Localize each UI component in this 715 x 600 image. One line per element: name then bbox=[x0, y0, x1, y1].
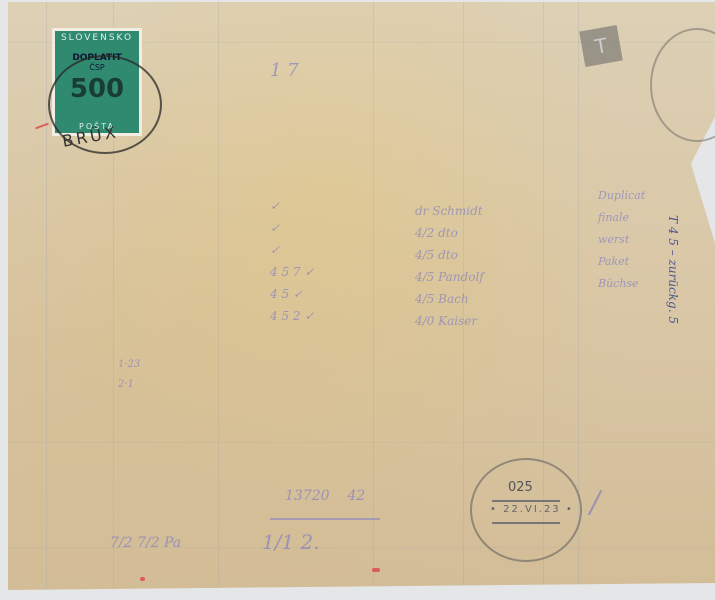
red-pencil-mark bbox=[140, 577, 145, 581]
handwritten-bottom-line: 1/1 2. bbox=[262, 530, 320, 554]
postmark-bar bbox=[492, 522, 560, 524]
grid-line bbox=[8, 442, 715, 443]
sum-underline bbox=[270, 518, 380, 520]
handwritten-bottom-left: 7/2 7/2 Pa bbox=[110, 535, 181, 551]
postmark-number: 025 bbox=[508, 480, 533, 495]
handwritten-name-list: dr Schmidt 4/2 dto 4/5 dto 4/5 Pandolf 4… bbox=[415, 200, 484, 332]
handwritten-top-marks: 1 7 bbox=[270, 60, 299, 81]
grid-line bbox=[373, 2, 374, 590]
receiving-postmark: 025 • 22.VI.23 • bbox=[470, 458, 582, 562]
handwritten-tick-column: ✓ ✓ ✓ 4 5 7 ✓ 4 5 ✓ 4 5 2 ✓ bbox=[270, 195, 314, 327]
grid-line bbox=[46, 2, 47, 590]
handwritten-left-margin: 1·23 2·1 bbox=[118, 355, 140, 395]
handwritten-stroke: / bbox=[590, 485, 600, 520]
postmark-bar bbox=[492, 500, 560, 502]
box-stamp: T bbox=[579, 25, 623, 67]
red-pencil-mark bbox=[372, 568, 380, 572]
handwritten-right-list: Duplicat finale werst Paket Büchse bbox=[598, 185, 645, 295]
grid-line bbox=[218, 2, 219, 590]
postmark-date: • 22.VI.23 • bbox=[490, 504, 574, 515]
stamp-top-text: SLOVENSKO bbox=[55, 33, 139, 43]
handwritten-sum: 13720 42 bbox=[285, 488, 365, 504]
handwritten-vertical-note: T 4 5 – zurückg. 5 bbox=[666, 215, 680, 324]
